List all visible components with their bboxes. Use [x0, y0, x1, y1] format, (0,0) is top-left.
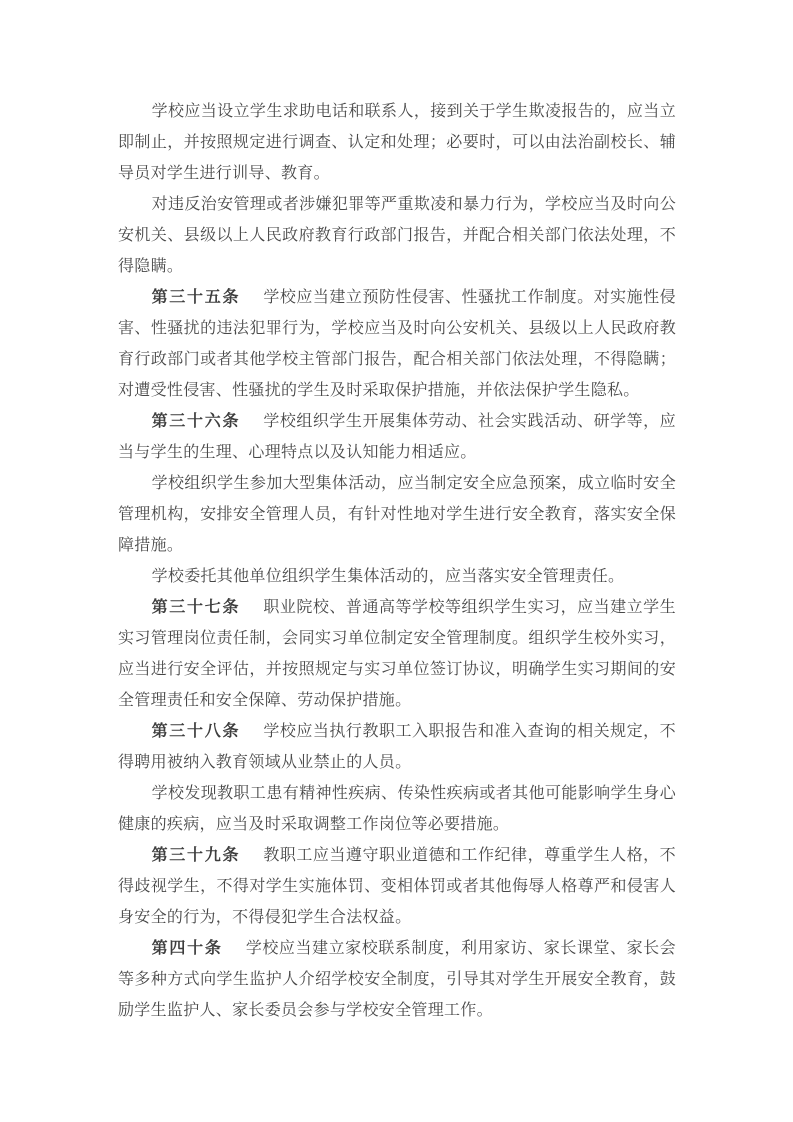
document-body: 学校应当设立学生求助电话和联系人，接到关于学生欺凌报告的，应当立即制止，并按照规…	[118, 96, 676, 1026]
paragraph: 第三十九条教职工应当遵守职业道德和工作纪律，尊重学生人格，不得歧视学生，不得对学…	[118, 840, 676, 933]
paragraph: 学校发现教职工患有精神性疾病、传染性疾病或者其他可能影响学生身心健康的疾病，应当…	[118, 778, 676, 840]
article-number: 第四十条	[152, 940, 223, 957]
paragraph-text: 对违反治安管理或者涉嫌犯罪等严重欺凌和暴力行为，学校应当及时向公安机关、县级以上…	[118, 196, 676, 275]
paragraph: 第三十五条学校应当建立预防性侵害、性骚扰工作制度。对实施性侵害、性骚扰的违法犯罪…	[118, 282, 676, 406]
article-number: 第三十七条	[152, 599, 241, 616]
article-number: 第三十六条	[152, 413, 241, 430]
paragraph: 学校委托其他单位组织学生集体活动的，应当落实安全管理责任。	[118, 561, 676, 592]
paragraph: 第四十条学校应当建立家校联系制度，利用家访、家长课堂、家长会等多种方式向学生监护…	[118, 933, 676, 1026]
paragraph: 第三十七条职业院校、普通高等学校等组织学生实习，应当建立学生实习管理岗位责任制，…	[118, 592, 676, 716]
paragraph-text: 学校应当设立学生求助电话和联系人，接到关于学生欺凌报告的，应当立即制止，并按照规…	[118, 103, 676, 182]
paragraph-text: 学校组织学生参加大型集体活动，应当制定安全应急预案，成立临时安全管理机构，安排安…	[118, 475, 676, 554]
paragraph: 第三十八条学校应当执行教职工入职报告和准入查询的相关规定，不得聘用被纳入教育领域…	[118, 716, 676, 778]
paragraph-text: 学校发现教职工患有精神性疾病、传染性疾病或者其他可能影响学生身心健康的疾病，应当…	[118, 785, 676, 833]
paragraph: 学校应当设立学生求助电话和联系人，接到关于学生欺凌报告的，应当立即制止，并按照规…	[118, 96, 676, 189]
article-number: 第三十九条	[152, 847, 241, 864]
paragraph: 对违反治安管理或者涉嫌犯罪等严重欺凌和暴力行为，学校应当及时向公安机关、县级以上…	[118, 189, 676, 282]
article-number: 第三十五条	[152, 289, 241, 306]
paragraph: 第三十六条学校组织学生开展集体劳动、社会实践活动、研学等，应当与学生的生理、心理…	[118, 406, 676, 468]
paragraph: 学校组织学生参加大型集体活动，应当制定安全应急预案，成立临时安全管理机构，安排安…	[118, 468, 676, 561]
document-page: 学校应当设立学生求助电话和联系人，接到关于学生欺凌报告的，应当立即制止，并按照规…	[0, 0, 793, 1122]
article-number: 第三十八条	[152, 723, 241, 740]
paragraph-text: 学校委托其他单位组织学生集体活动的，应当落实安全管理责任。	[152, 568, 625, 585]
